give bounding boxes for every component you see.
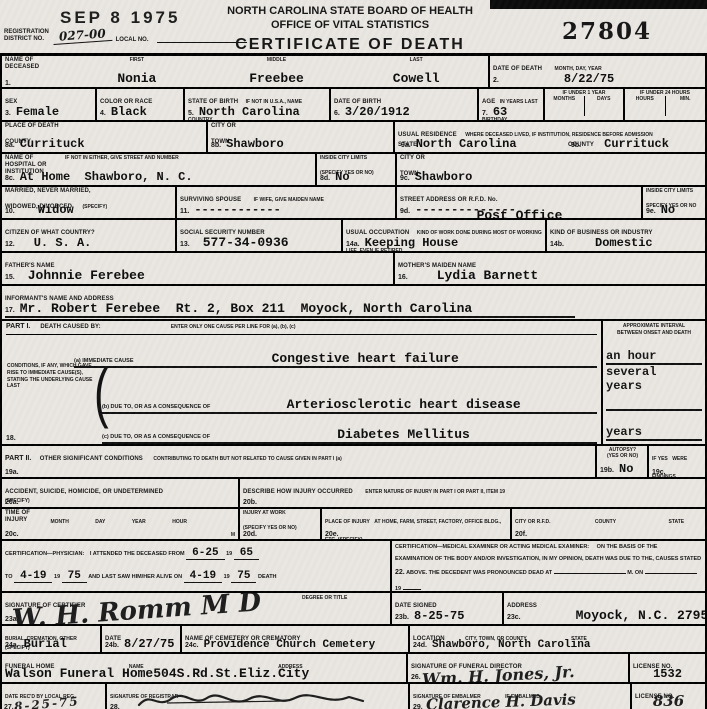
cause-line-c: (c) DUE TO, OR AS A CONSEQUENCE OF Diabe… [102, 427, 597, 444]
field-street-address: STREET ADDRESS OR R.F.D. No. Post Office… [397, 187, 643, 218]
row-hospital: NAME OF HOSPITAL OR INSTITUTION IF NOT I… [2, 154, 705, 187]
section-cause-of-death: PART I. DEATH CAUSED BY: ENTER ONLY ONE … [2, 321, 705, 446]
death-certificate-document: SEP 8 1975 REGISTRATION DISTRICT NO. 027… [0, 0, 707, 709]
field-injury-location: CITY OR R.F.D. COUNTY STATE 20f. [512, 509, 705, 539]
field-death-city: CITY OR TOWN 8b. Shawboro [208, 122, 395, 152]
certificate-form: NAME OF DECEASED 1. FIRST Nonia MIDDLE F… [0, 53, 707, 709]
field-occupation: USUAL OCCUPATION KIND OF WORK DONE DURIN… [343, 220, 547, 251]
pronounced-time-blank [554, 565, 626, 574]
field-race: COLOR OR RACE 4. Black [97, 89, 185, 120]
field-certification-physician: CERTIFICATION—PHYSICIAN: I ATTENDED THE … [2, 541, 392, 591]
field-accident-type: ACCIDENT, SUICIDE, HOMICIDE, OR UNDETERM… [2, 479, 240, 507]
interval-c: years [606, 425, 702, 441]
row-parents: FATHER'S NAME 15. Johnnie Ferebee MOTHER… [2, 253, 705, 286]
field-funeral-director-signature: SIGNATURE OF FUNERAL DIRECTOR 26. Wm. H.… [408, 654, 630, 682]
field-industry: KIND OF BUSINESS OR INDUSTRY 14b. Domest… [547, 220, 705, 251]
name-last: LAST Cowell [346, 57, 486, 87]
item-1: 1. [5, 80, 11, 87]
field-funeral-home: FUNERAL HOME NAME ADDRESS Walson Funeral… [2, 654, 408, 682]
field-ssn: SOCIAL SECURITY NUMBER 13. 577-34-0936 [177, 220, 343, 251]
field-place-of-injury: PLACE OF INJURY AT HOME, FARM, STREET, F… [322, 509, 512, 539]
row-name: NAME OF DECEASED 1. FIRST Nonia MIDDLE F… [2, 56, 705, 89]
residence-state: STATE 9a. North Carolina [398, 133, 568, 152]
field-certification-examiner: CERTIFICATION—MEDICAL EXAMINER OR ACTING… [392, 541, 705, 591]
field-hours: HOURS [625, 96, 666, 116]
field-under-1-year: IF UNDER 1 YEAR MONTHS DAYS [545, 89, 625, 120]
field-autopsy: AUTOPSY? (YES OR NO) 19b. No [597, 446, 649, 477]
field-death-county: PLACE OF DEATH COUNTY 8a. Currituck [2, 122, 208, 152]
row-burial: BURIAL, CREMATION, OTHER (SPECIFY) 24a. … [2, 626, 705, 654]
office-name: OFFICE OF VITAL STATISTICS [200, 19, 500, 33]
row-certification: CERTIFICATION—PHYSICIAN: I ATTENDED THE … [2, 541, 705, 593]
field-autopsy-findings: IF YES WERE FINDINGS CONSIDERED IN DETER… [649, 446, 705, 477]
field-injury-at-work: INJURY AT WORK (SPECIFY YES OR NO) 20d. [240, 509, 322, 539]
name-first: FIRST Nonia [67, 57, 207, 87]
residence-county: COUNTY 9b. Currituck [568, 133, 702, 152]
pronounced-date-blank [645, 565, 697, 574]
interval-column: APPROXIMATE INTERVAL BETWEEN ONSET AND D… [603, 321, 705, 444]
field-marital-status: MARRIED, NEVER MARRIED, WIDOWED, DIVORCE… [2, 187, 177, 218]
row-informant: INFORMANT'S NAME AND ADDRESS 17. Mr. Rob… [2, 286, 705, 321]
item-18: 18. [6, 435, 16, 442]
field-cemetery-location: LOCATION CITY, TOWN, OR COUNTY STATE 24d… [410, 626, 705, 652]
row-place-of-death: PLACE OF DEATH COUNTY 8a. Currituck CITY… [2, 122, 705, 154]
interval-b-line2: years [606, 379, 702, 411]
field-inside-city-limits-residence: INSIDE CITY LIMITS SPECIFY YES OR NO 9e.… [643, 187, 705, 218]
field-father-name: FATHER'S NAME 15. Johnnie Ferebee [2, 253, 395, 284]
certificate-number: 27804 [562, 18, 652, 45]
field-citizen: CITIZEN OF WHAT COUNTRY? 12. U. S. A. [2, 220, 177, 251]
registration-district-label: REGISTRATION DISTRICT NO. [4, 29, 49, 43]
cause-line-a: (a) IMMEDIATE CAUSE Congestive heart fai… [74, 351, 597, 368]
field-date-signed: DATE SIGNED 23b. 8-25-75 [392, 593, 504, 624]
field-date-of-birth: DATE OF BIRTH 6. 3/20/1912 [331, 89, 479, 120]
board-name: NORTH CAROLINA STATE BOARD OF HEALTH [200, 5, 500, 19]
part1-label: PART I. [6, 323, 30, 330]
certificate-title: CERTIFICATE OF DEATH [200, 36, 500, 54]
field-date-received: DATE REC'D BY LOCAL REG 27. 8-25-75 [2, 684, 107, 709]
item-2: 2. [493, 77, 499, 84]
field-hospital: NAME OF HOSPITAL OR INSTITUTION IF NOT I… [2, 154, 317, 185]
field-cemetery: NAME OF CEMETERY OR CREMATORY 24c. Provi… [182, 626, 410, 652]
interval-a: an hour [606, 349, 702, 365]
field-inside-city-limits-death: INSIDE CITY LIMITS (SPECIFY YES OR NO) 8… [317, 154, 397, 185]
field-state-of-birth: STATE OF BIRTH IF NOT IN U.S.A., NAME CO… [185, 89, 331, 120]
local-no-label: LOCAL NO. [116, 37, 149, 43]
scan-edge-bar [490, 0, 707, 9]
field-mother-maiden-name: MOTHER'S MAIDEN NAME 16. Lydia Barnett [395, 253, 705, 284]
row-marital: MARRIED, NEVER MARRIED, WIDOWED, DIVORCE… [2, 187, 705, 220]
field-burial-type: BURIAL, CREMATION, OTHER (SPECIFY) 24a. … [2, 626, 102, 652]
field-time-of-injury: TIME OF INJURY MONTH DAY YEAR HOUR 20c. … [2, 509, 240, 539]
field-director-license: LICENSE NO. 1532 [630, 654, 705, 682]
field-burial-date: DATE 24b. 8/27/75 [102, 626, 182, 652]
field-under-24-hours: IF UNDER 24 HOURS HOURS MIN. [625, 89, 705, 120]
certificate-header: SEP 8 1975 REGISTRATION DISTRICT NO. 027… [0, 0, 707, 53]
field-embalmer-signature: SIGNATURE OF EMBALMER IF EMBALMED 29. Cl… [410, 684, 632, 709]
row-registrar: DATE REC'D BY LOCAL REG 27. 8-25-75 SIGN… [2, 684, 705, 709]
registrar-signature-scrawl [137, 693, 367, 709]
row-funeral-home: FUNERAL HOME NAME ADDRESS Walson Funeral… [2, 654, 705, 684]
row-personal: SEX 3. Female COLOR OR RACE 4. Black STA… [2, 89, 705, 122]
row-injury: TIME OF INJURY MONTH DAY YEAR HOUR 20c. … [2, 509, 705, 541]
name-middle: MIDDLE Freebee [207, 57, 347, 87]
certifier-signature: W. H. Romm M D [11, 593, 262, 624]
registration-district-value: 027-00 [52, 26, 112, 45]
field-age: AGE IN YEARS LAST BIRTHDAY 7. 63 [479, 89, 545, 120]
field-informant: INFORMANT'S NAME AND ADDRESS 17. Mr. Rob… [2, 286, 705, 319]
cause-line-b: (b) DUE TO, OR AS A CONSEQUENCE OF Arter… [102, 397, 597, 414]
field-days: DAYS [585, 96, 624, 116]
row-citizen: CITIZEN OF WHAT COUNTRY? 12. U. S. A. SO… [2, 220, 705, 253]
field-residence-city: CITY OR TOWN 9c. Shawboro [397, 154, 705, 185]
header-titles: NORTH CAROLINA STATE BOARD OF HEALTH OFF… [200, 5, 500, 54]
field-embalmer-license: LICENSE NO. 836 [632, 684, 705, 709]
field-date-of-death: DATE OF DEATH MONTH, DAY, YEAR 2. 8/22/7… [490, 56, 705, 87]
pronounced-year-blank [403, 581, 421, 590]
interval-b-line1: several [606, 365, 702, 379]
field-months: MONTHS [545, 96, 585, 116]
field-sex: SEX 3. Female [2, 89, 97, 120]
field-name-of-deceased: NAME OF DECEASED 1. FIRST Nonia MIDDLE F… [2, 56, 490, 87]
field-usual-residence: USUAL RESIDENCE WHERE DECEASED LIVED, IF… [395, 122, 705, 152]
embalmer-license-handwritten: 836 [653, 692, 684, 709]
field-injury-description: DESCRIBE HOW INJURY OCCURRED ENTER NATUR… [240, 479, 705, 507]
field-registrar-signature: SIGNATURE OF REGISTRAR 28. [107, 684, 410, 709]
field-surviving-spouse: SURVIVING SPOUSE IF WIFE, GIVE MAIDEN NA… [177, 187, 397, 218]
field-certifier-signature: SIGNATURE OF CERTIFIER DEGREE OR TITLE 2… [2, 593, 392, 624]
field-min: MIN. [666, 96, 706, 116]
received-date-stamp: SEP 8 1975 [60, 8, 180, 28]
field-other-conditions: PART II. OTHER SIGNIFICANT CONDITIONS CO… [2, 446, 597, 477]
row-part2: PART II. OTHER SIGNIFICANT CONDITIONS CO… [2, 446, 705, 479]
field-certifier-address: ADDRESS 23c. Moyock, N.C. 27958 [504, 593, 705, 624]
row-accident: ACCIDENT, SUICIDE, HOMICIDE, OR UNDETERM… [2, 479, 705, 509]
cause-lines: PART I. DEATH CAUSED BY: ENTER ONLY ONE … [2, 321, 603, 444]
row-certifier-signature: SIGNATURE OF CERTIFIER DEGREE OR TITLE 2… [2, 593, 705, 626]
